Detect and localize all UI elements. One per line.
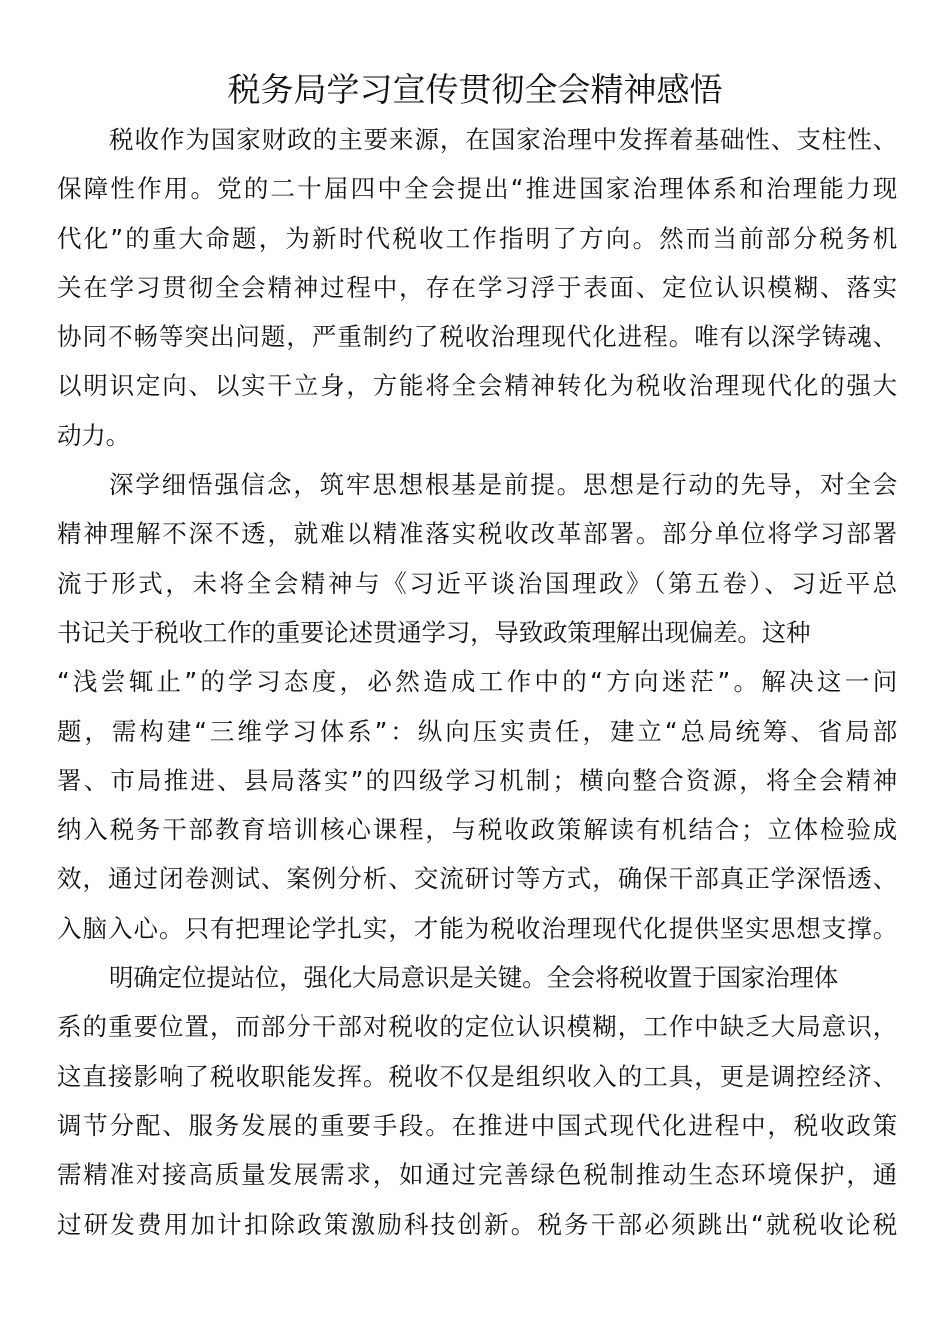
- text-line: 这直接影响了税收职能发挥。税收不仅是组织收入的工具，更是调控经济、: [57, 1052, 897, 1101]
- text-line: 效，通过闭卷测试、案例分析、交流研讨等方式，确保干部真正学深悟透、: [57, 854, 897, 903]
- text-line: 需精准对接高质量发展需求，如通过完善绿色税制推动生态环境保护，通: [57, 1150, 897, 1199]
- text-line: 流于形式，未将全会精神与《习近平谈治国理政》（第五卷）、习近平总: [57, 559, 897, 608]
- text-line: 保障性作用。党的二十届四中全会提出“推进国家治理体系和治理能力现: [57, 164, 897, 213]
- text-line: 书记关于税收工作的重要论述贯通学习，导致政策理解出现偏差。这种: [57, 608, 897, 657]
- text-line: 精神理解不深不透，就难以精准落实税收改革部署。部分单位将学习部署: [57, 509, 897, 558]
- text-line: 税收作为国家财政的主要来源，在国家治理中发挥着基础性、支柱性、: [57, 115, 897, 164]
- text-line: 协同不畅等突出问题，严重制约了税收治理现代化进程。唯有以深学铸魂、: [57, 312, 897, 361]
- text-line: 过研发费用加计扣除政策激励科技创新。税务干部必须跳出“就税收论税: [57, 1200, 897, 1249]
- text-line: 入脑入心。只有把理论学扎实，才能为税收治理现代化提供坚实思想支撑。: [57, 904, 897, 953]
- text-line: 调节分配、服务发展的重要手段。在推进中国式现代化进程中，税收政策: [57, 1101, 897, 1150]
- paragraph-1: 税收作为国家财政的主要来源，在国家治理中发挥着基础性、支柱性、 保障性作用。党的…: [57, 115, 897, 460]
- text-line: 纳入税务干部教育培训核心课程，与税收政策解读有机结合；立体检验成: [57, 805, 897, 854]
- text-line: 以明识定向、以实干立身，方能将全会精神转化为税收治理现代化的强大: [57, 361, 897, 410]
- text-line: 明确定位提站位，强化大局意识是关键。全会将税收置于国家治理体: [57, 953, 897, 1002]
- text-line: 署、市局推进、县局落实”的四级学习机制；横向整合资源，将全会精神: [57, 756, 897, 805]
- text-line: 系的重要位置，而部分干部对税收的定位认识模糊，工作中缺乏大局意识，: [57, 1002, 897, 1051]
- text-line: 题，需构建“三维学习体系”：纵向压实责任，建立“总局统筹、省局部: [57, 707, 897, 756]
- document-title: 税务局学习宣传贯彻全会精神感悟: [0, 68, 950, 112]
- paragraph-3: 明确定位提站位，强化大局意识是关键。全会将税收置于国家治理体 系的重要位置，而部…: [57, 953, 897, 1249]
- text-line: 动力。: [57, 411, 897, 460]
- text-line: 关在学习贯彻全会精神过程中，存在学习浮于表面、定位认识模糊、落实: [57, 263, 897, 312]
- document-body: 税收作为国家财政的主要来源，在国家治理中发挥着基础性、支柱性、 保障性作用。党的…: [57, 115, 897, 1249]
- text-line: 深学细悟强信念，筑牢思想根基是前提。思想是行动的先导，对全会: [57, 460, 897, 509]
- paragraph-2: 深学细悟强信念，筑牢思想根基是前提。思想是行动的先导，对全会 精神理解不深不透，…: [57, 460, 897, 953]
- text-line: “浅尝辄止”的学习态度，必然造成工作中的“方向迷茫”。解决这一问: [57, 657, 897, 706]
- text-line: 代化”的重大命题，为新时代税收工作指明了方向。然而当前部分税务机: [57, 214, 897, 263]
